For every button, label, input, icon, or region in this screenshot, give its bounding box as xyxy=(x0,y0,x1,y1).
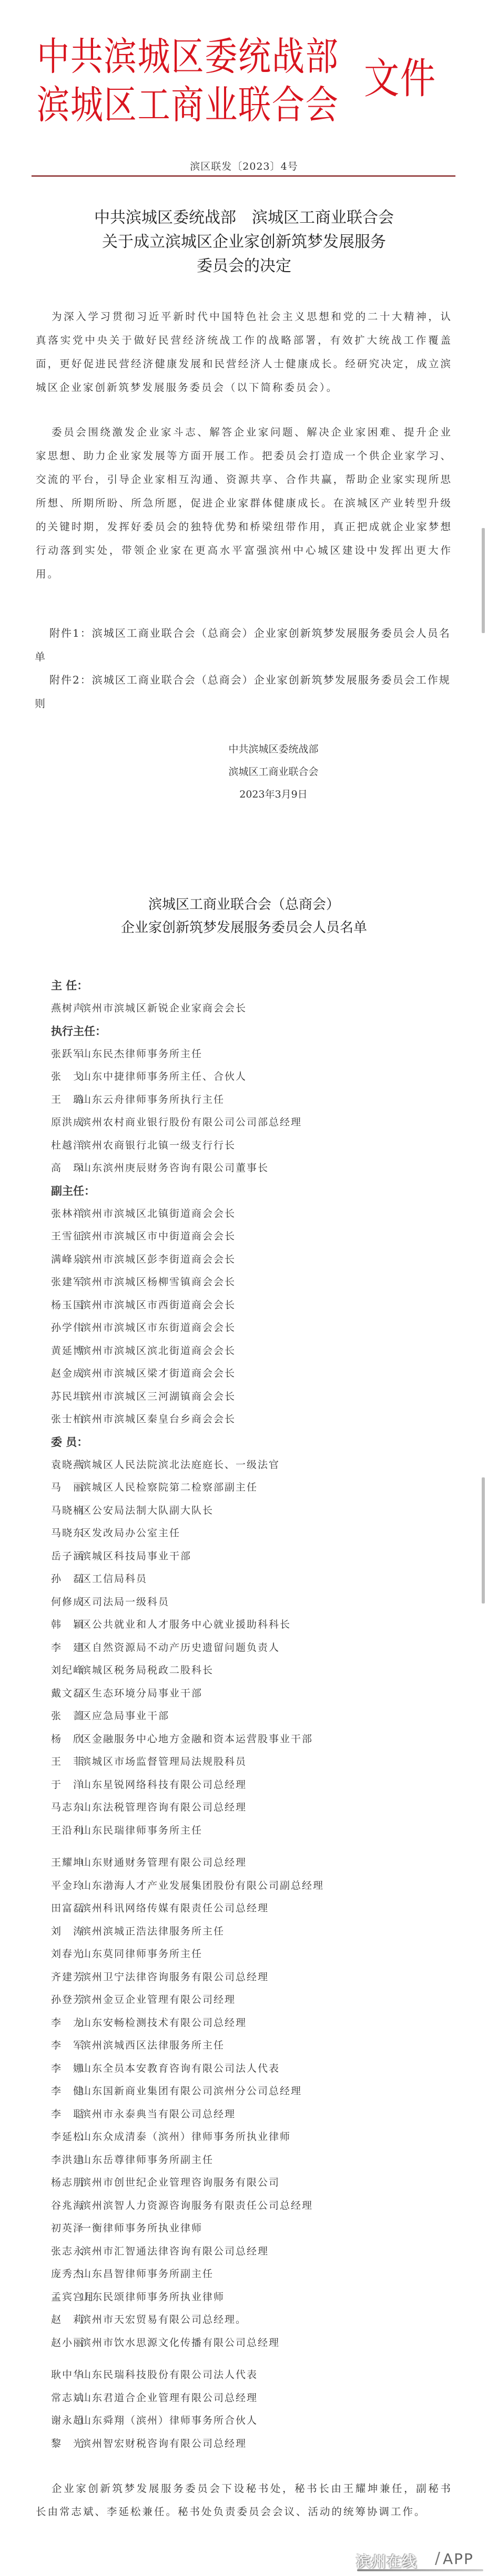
member-name: 张跃军 xyxy=(51,1043,81,1066)
member-position: 山东财通财务管理有限公司总经理 xyxy=(81,1851,247,1875)
member-row: 李延松山东众成清泰（滨州）律师事务所执业律师 xyxy=(51,2126,451,2149)
member-name: 李洪建 xyxy=(51,2149,81,2172)
member-position: 山东君道合企业管理有限公司总经理 xyxy=(81,2387,258,2410)
member-position: 滨州金豆企业管理有限公司经理 xyxy=(81,1989,236,2012)
member-row: 谢永超山东舜翔（滨州）律师事务所合伙人 xyxy=(51,2409,451,2433)
member-name: 张林祥 xyxy=(51,1203,81,1226)
issuing-org-2: 滨城区工商业联合会 xyxy=(37,81,339,129)
member-position: 滨州滨城正浩法律服务所主任 xyxy=(81,1920,225,1943)
member-row: 平金玲山东渤海人才产业发展集团股份有限公司副总经理 xyxy=(51,1875,451,1898)
member-position: 山东滨州庚辰财务咨询有限公司董事长 xyxy=(81,1157,269,1180)
member-row: 赵 莉滨州市天宏贸易有限公司总经理。 xyxy=(51,2309,451,2332)
member-row: 岳子涵滨城区科技局事业干部 xyxy=(51,1545,451,1568)
member-position: 山东国新商业集团有限公司滨州分公司总经理 xyxy=(81,2080,302,2103)
member-position: 山东云舟律师事务所执行主任 xyxy=(81,1089,225,1112)
member-position: 滨州卫宁法律咨询服务有限公司总经理 xyxy=(81,1966,269,1989)
member-name: 孙 磊 xyxy=(51,1568,81,1591)
member-row: 马志东山东法税管理咨询有限公司总经理 xyxy=(51,1796,451,1819)
app-watermark: 滨州在线 / APP xyxy=(356,2548,485,2572)
scrollbar-thumb-1[interactable] xyxy=(482,528,485,633)
member-name: 平金玲 xyxy=(51,1875,81,1898)
member-row: 刘春光山东莫同律师事务所主任 xyxy=(51,1943,451,1966)
member-row: 刘纪峰滨城区税务局税政二股科长 xyxy=(51,1659,451,1682)
member-name: 满峰泉 xyxy=(51,1248,81,1271)
member-name: 韩 颖 xyxy=(51,1613,81,1637)
member-position: 滨城区市场监督管理局法规股科员 xyxy=(81,1751,247,1774)
signature-org-1: 中共滨城区委统战部 xyxy=(158,738,389,761)
member-position: 区应急局事业干部 xyxy=(81,1705,169,1728)
member-name: 张志永 xyxy=(51,2240,81,2263)
member-position: 山东民颂律师事务所执业律师 xyxy=(81,2286,225,2309)
member-name: 杨玉国 xyxy=(51,1294,81,1317)
body-paragraph-1: 为深入学习贯彻习近平新时代中国特色社会主义思想和党的二十大精神，认真落实党中央关… xyxy=(36,305,452,399)
member-row: 庞秀杰山东昌智律师事务所副主任 xyxy=(51,2263,451,2286)
member-row: 李 健山东国新商业集团有限公司滨州分公司总经理 xyxy=(51,2080,451,2103)
roster-title-line-2: 企业家创新筑梦发展服务委员会人员名单 xyxy=(0,916,488,939)
member-name: 杨志朋 xyxy=(51,2171,81,2195)
member-row: 张 蔷区应急局事业干部 xyxy=(51,1705,451,1728)
member-name: 马志东 xyxy=(51,1796,81,1819)
member-position: 滨州市滨城区彭李街道商会会长 xyxy=(81,1248,236,1271)
member-row: 王雪征滨州市滨城区市中街道商会会长 xyxy=(51,1225,451,1248)
member-row: 杜越洋滨州农商银行北镇一级支行行长 xyxy=(51,1134,451,1157)
member-position: 滨州农商银行北镇一级支行行长 xyxy=(81,1134,236,1157)
member-position: 滨城区科技局事业干部 xyxy=(81,1545,191,1568)
member-name: 李 娜 xyxy=(51,2057,81,2081)
member-position: 滨州市创世纪企业管理咨询服务有限公司 xyxy=(81,2171,280,2195)
member-position: 滨州市滨城区新锐企业家商会会长 xyxy=(81,997,247,1020)
member-name: 李 聪 xyxy=(51,2103,81,2126)
watermark-slash: / xyxy=(435,2549,440,2568)
watermark-swoosh-icon xyxy=(357,2569,483,2571)
member-name: 刘春光 xyxy=(51,1943,81,1966)
member-row: 孙登芳滨州金豆企业管理有限公司经理 xyxy=(51,1989,451,2012)
member-name: 赵金成 xyxy=(51,1362,81,1385)
member-row: 齐建芳滨州卫宁法律咨询服务有限公司总经理 xyxy=(51,1966,451,1989)
member-name: 马晓东 xyxy=(51,1522,81,1545)
member-row: 黄延博滨州市滨城区滨北街道商会会长 xyxy=(51,1340,451,1363)
member-name: 齐建芳 xyxy=(51,1966,81,1989)
scrollbar[interactable] xyxy=(481,0,488,2576)
member-position: 区金融服务中心地方金融和资本运营股事业干部 xyxy=(81,1728,313,1751)
member-name: 张建军 xyxy=(51,1271,81,1294)
member-position: 滨州市滨城区市西街道商会会长 xyxy=(81,1294,236,1317)
scrollbar-thumb-2[interactable] xyxy=(482,1477,485,1603)
member-row: 孙 磊区工信局科员 xyxy=(51,1568,451,1591)
member-name: 王 菲 xyxy=(51,1751,81,1774)
member-position: 区司法局一级科员 xyxy=(81,1591,169,1614)
member-position: 滨州科讯网络传媒有限责任公司总经理 xyxy=(81,1897,269,1920)
member-name: 谷兆海 xyxy=(51,2195,81,2218)
member-name: 赵小丽 xyxy=(51,2332,81,2355)
attachment-2: 附件2：滨城区工商业联合会（总商会）企业家创新筑梦发展服务委员会工作规则 xyxy=(35,668,453,716)
issuing-orgs: 中共滨城区委统战部 滨城区工商业联合会 xyxy=(37,33,339,129)
signature-block: 中共滨城区委统战部 滨城区工商业联合会 2023年3月9日 xyxy=(158,738,389,806)
member-position: 山东众成清泰（滨州）律师事务所执业律师 xyxy=(81,2126,291,2149)
attachment-1: 附件1：滨城区工商业联合会（总商会）企业家创新筑梦发展服务委员会人员名单 xyxy=(35,622,453,669)
member-row: 杨志朋滨州市创世纪企业管理咨询服务有限公司 xyxy=(51,2171,451,2195)
member-row: 张志永滨州市汇智通法律咨询有限公司总经理 xyxy=(51,2240,451,2263)
member-position: 滨州市汇智通法律咨询有限公司总经理 xyxy=(81,2240,269,2263)
member-position: 一衡律师事务所执业律师 xyxy=(81,2217,202,2240)
member-name: 张 蔷 xyxy=(51,1705,81,1728)
member-position: 滨州市滨城区市中街道商会会长 xyxy=(81,1225,236,1248)
member-name: 赵 莉 xyxy=(51,2309,81,2332)
member-row: 王耀坤山东财通财务管理有限公司总经理 xyxy=(51,1851,451,1875)
member-position: 山东中捷律师事务所主任、合伙人 xyxy=(81,1065,247,1089)
member-row: 赵金成滨州市滨城区梁才街道商会会长 xyxy=(51,1362,451,1385)
member-name: 杜越洋 xyxy=(51,1134,81,1157)
member-row: 李洪建山东岳尊律师事务所副主任 xyxy=(51,2149,451,2172)
member-row: 戴文磊区生态环境分局事业干部 xyxy=(51,1682,451,1705)
member-row: 张林祥滨州市滨城区北镇街道商会会长 xyxy=(51,1203,451,1226)
roster-title: 滨城区工商业联合会（总商会） 企业家创新筑梦发展服务委员会人员名单 xyxy=(0,893,488,939)
member-name: 何修成 xyxy=(51,1591,81,1614)
member-row: 马晓东区发改局办公室主任 xyxy=(51,1522,451,1545)
member-position: 滨城区人民检察院第二检察部副主任 xyxy=(81,1476,258,1499)
member-position: 区公安局法制大队副大队长 xyxy=(81,1499,213,1523)
member-row: 苏民坦滨州市滨城区三河湖镇商会会长 xyxy=(51,1385,451,1409)
member-name: 孙登芳 xyxy=(51,1989,81,2012)
member-name: 田富磊 xyxy=(51,1897,81,1920)
member-position: 滨州市天宏贸易有限公司总经理。 xyxy=(81,2309,247,2332)
member-name: 王 璐 xyxy=(51,1089,81,1112)
member-name: 刘 涛 xyxy=(51,1920,81,1943)
red-header: 中共滨城区委统战部 滨城区工商业联合会 文件 xyxy=(37,33,447,122)
member-name: 高 琛 xyxy=(51,1157,81,1180)
member-name: 袁晓燕 xyxy=(51,1454,81,1477)
member-row: 袁晓燕滨城区人民法院滨北法庭庭长、一级法官 xyxy=(51,1454,451,1477)
member-name: 孟宾宫月 xyxy=(51,2286,81,2309)
member-name: 戴文磊 xyxy=(51,1682,81,1705)
document-page: 中共滨城区委统战部 滨城区工商业联合会 文件 滨区联发〔2023〕4号 中共滨城… xyxy=(0,0,488,2576)
member-row: 张士柏滨州市滨城区秦皇台乡商会会长 xyxy=(51,1408,451,1431)
member-name: 谢永超 xyxy=(51,2409,81,2433)
member-row: 黎 光滨州智宏财税咨询有限公司总经理 xyxy=(51,2433,451,2456)
roster-title-line-1: 滨城区工商业联合会（总商会） xyxy=(0,893,488,916)
member-position: 滨州市滨城区三河湖镇商会会长 xyxy=(81,1385,236,1409)
member-position: 区公共就业和人才服务中心就业援助科科长 xyxy=(81,1613,291,1637)
member-row: 张跃军山东民杰律师事务所主任 xyxy=(51,1043,451,1066)
member-name: 马晓楠 xyxy=(51,1499,81,1523)
member-position: 山东全员本安教育咨询有限公司法人代表 xyxy=(81,2057,280,2081)
member-position: 区发改局办公室主任 xyxy=(81,1522,180,1545)
heading-executive-directors: 执行主任： xyxy=(51,1020,451,1043)
member-name: 杨 欣 xyxy=(51,1728,81,1751)
member-row: 燕树声滨州市滨城区新锐企业家商会会长 xyxy=(51,997,451,1020)
member-position: 滨州市滨城区滨北街道商会会长 xyxy=(81,1340,236,1363)
member-row: 刘 涛滨州滨城正浩法律服务所主任 xyxy=(51,1920,451,1943)
member-name: 刘纪峰 xyxy=(51,1659,81,1682)
title-line-1: 中共滨城区委统战部 滨城区工商业联合会 xyxy=(0,206,488,230)
member-position: 滨城区人民法院滨北法庭庭长、一级法官 xyxy=(81,1454,280,1477)
issuing-org-1: 中共滨城区委统战部 xyxy=(37,33,339,81)
title-line-2: 关于成立滨城区企业家创新筑梦发展服务 xyxy=(0,230,488,254)
watermark-brand: 滨州在线 xyxy=(356,2550,417,2571)
body-paragraph-2: 委员会围绕激发企业家斗志、解答企业家问题、解决企业家困难、提升企业家思想、助力企… xyxy=(36,420,452,586)
member-position: 滨州农村商业银行股份有限公司公司部总经理 xyxy=(81,1111,302,1134)
member-position: 区自然资源局不动产历史遗留问题负责人 xyxy=(81,1637,280,1660)
member-position: 滨州市滨城区杨柳雪镇商会会长 xyxy=(81,1271,236,1294)
member-position: 山东民瑞律师事务所主任 xyxy=(81,1819,202,1843)
member-position: 区生态环境分局事业干部 xyxy=(81,1682,202,1705)
member-row: 田富磊滨州科讯网络传媒有限责任公司总经理 xyxy=(51,1897,451,1920)
heading-members: 委 员： xyxy=(51,1431,451,1454)
member-name: 耿中华 xyxy=(51,2364,81,2387)
member-row: 于 洋山东星锐网络科技有限公司总经理 xyxy=(51,1774,451,1797)
decision-title: 中共滨城区委统战部 滨城区工商业联合会 关于成立滨城区企业家创新筑梦发展服务 委… xyxy=(0,206,488,278)
member-name: 王雪征 xyxy=(51,1225,81,1248)
member-position: 山东法税管理咨询有限公司总经理 xyxy=(81,1796,247,1819)
member-row: 马晓楠区公安局法制大队副大队长 xyxy=(51,1499,451,1523)
member-position: 山东民杰律师事务所主任 xyxy=(81,1043,202,1066)
member-position: 滨州市滨城区梁才街道商会会长 xyxy=(81,1362,236,1385)
member-row: 孙学伟滨州市滨城区市东街道商会会长 xyxy=(51,1317,451,1340)
signature-org-2: 滨城区工商业联合会 xyxy=(158,761,389,783)
member-row: 杨 欣区金融服务中心地方金融和资本运营股事业干部 xyxy=(51,1728,451,1751)
member-row: 初英泽一衡律师事务所执业律师 xyxy=(51,2217,451,2240)
member-row: 原洪成滨州农村商业银行股份有限公司公司部总经理 xyxy=(51,1111,451,1134)
member-row: 满峰泉滨州市滨城区彭李街道商会会长 xyxy=(51,1248,451,1271)
member-row: 耿中华山东民瑞科技股份有限公司法人代表 xyxy=(51,2364,451,2387)
member-row: 常志斌山东君道合企业管理有限公司总经理 xyxy=(51,2387,451,2410)
member-position: 滨州市滨城区秦皇台乡商会会长 xyxy=(81,1408,236,1431)
member-position: 滨州市饮水思源文化传播有限公司总经理 xyxy=(81,2332,280,2355)
member-name: 常志斌 xyxy=(51,2387,81,2410)
member-position: 滨城区税务局税政二股科长 xyxy=(81,1659,213,1682)
member-row: 李 建区自然资源局不动产历史遗留问题负责人 xyxy=(51,1637,451,1660)
member-row: 何修成区司法局一级科员 xyxy=(51,1591,451,1614)
member-row: 张 戈山东中捷律师事务所主任、合伙人 xyxy=(51,1065,451,1089)
member-name: 李 健 xyxy=(51,2080,81,2103)
member-name: 孙学伟 xyxy=(51,1317,81,1340)
member-name: 王耀坤 xyxy=(51,1851,81,1875)
member-position: 区工信局科员 xyxy=(81,1568,147,1591)
member-position: 滨州智宏财税咨询有限公司总经理 xyxy=(81,2433,247,2456)
signature-date: 2023年3月9日 xyxy=(158,783,389,806)
member-name: 张士柏 xyxy=(51,1408,81,1431)
member-name: 庞秀杰 xyxy=(51,2263,81,2286)
member-name: 李 建 xyxy=(51,1637,81,1660)
member-name: 黎 光 xyxy=(51,2433,81,2456)
member-row: 李 军滨州滨城西区法律服务所主任 xyxy=(51,2034,451,2057)
document-type-label: 文件 xyxy=(364,55,436,103)
member-row: 杨玉国滨州市滨城区市西街道商会会长 xyxy=(51,1294,451,1317)
document-number: 滨区联发〔2023〕4号 xyxy=(0,159,488,173)
member-position: 滨州滨智人力资源咨询服务有限责任公司总经理 xyxy=(81,2195,313,2218)
title-line-3: 委员会的决定 xyxy=(0,254,488,278)
member-name: 岳子涵 xyxy=(51,1545,81,1568)
member-position: 滨州市滨城区北镇街道商会会长 xyxy=(81,1203,236,1226)
member-position: 山东渤海人才产业发展集团股份有限公司副总经理 xyxy=(81,1875,324,1898)
member-position: 滨州市滨城区市东街道商会会长 xyxy=(81,1317,236,1340)
member-name: 黄延博 xyxy=(51,1340,81,1363)
member-row: 赵小丽滨州市饮水思源文化传播有限公司总经理 xyxy=(51,2332,451,2355)
member-row: 谷兆海滨州滨智人力资源咨询服务有限责任公司总经理 xyxy=(51,2195,451,2218)
heading-director: 主 任： xyxy=(51,975,451,997)
roster-list: 主 任： 燕树声滨州市滨城区新锐企业家商会会长 执行主任： 张跃军山东民杰律师事… xyxy=(51,975,451,2455)
watermark-app: APP xyxy=(443,2550,474,2568)
member-name: 马 丽 xyxy=(51,1476,81,1499)
member-position: 山东安畅检测技术有限公司总经理 xyxy=(81,2012,247,2035)
member-row: 孟宾宫月山东民颂律师事务所执业律师 xyxy=(51,2286,451,2309)
spacer xyxy=(51,1842,451,1851)
member-name: 李延松 xyxy=(51,2126,81,2149)
red-divider xyxy=(32,175,455,177)
member-name: 于 洋 xyxy=(51,1774,81,1797)
member-name: 张 戈 xyxy=(51,1065,81,1089)
member-position: 山东民瑞科技股份有限公司法人代表 xyxy=(81,2364,258,2387)
member-row: 张建军滨州市滨城区杨柳雪镇商会会长 xyxy=(51,1271,451,1294)
member-name: 苏民坦 xyxy=(51,1385,81,1409)
spacer xyxy=(51,2354,451,2364)
member-position: 山东岳尊律师事务所副主任 xyxy=(81,2149,213,2172)
member-row: 王 璐山东云舟律师事务所执行主任 xyxy=(51,1089,451,1112)
member-row: 王沿利山东民瑞律师事务所主任 xyxy=(51,1819,451,1843)
heading-deputy-directors: 副主任： xyxy=(51,1180,451,1203)
member-row: 马 丽滨城区人民检察院第二检察部副主任 xyxy=(51,1476,451,1499)
member-position: 山东昌智律师事务所副主任 xyxy=(81,2263,213,2286)
member-row: 韩 颖区公共就业和人才服务中心就业援助科科长 xyxy=(51,1613,451,1637)
member-name: 李 军 xyxy=(51,2034,81,2057)
member-position: 滨州市永泰典当有限公司总经理 xyxy=(81,2103,236,2126)
member-row: 李 娜山东全员本安教育咨询有限公司法人代表 xyxy=(51,2057,451,2081)
secretariat-paragraph: 企业家创新筑梦发展服务委员会下设秘书处，秘书长由王耀坤兼任，副秘书长由常志斌、李… xyxy=(36,2477,452,2523)
member-row: 高 琛山东滨州庚辰财务咨询有限公司董事长 xyxy=(51,1157,451,1180)
member-name: 原洪成 xyxy=(51,1111,81,1134)
member-position: 山东舜翔（滨州）律师事务所合伙人 xyxy=(81,2409,258,2433)
member-name: 李 龙 xyxy=(51,2012,81,2035)
member-row: 李 龙山东安畅检测技术有限公司总经理 xyxy=(51,2012,451,2035)
member-position: 山东星锐网络科技有限公司总经理 xyxy=(81,1774,247,1797)
member-position: 山东莫同律师事务所主任 xyxy=(81,1943,202,1966)
member-name: 燕树声 xyxy=(51,997,81,1020)
member-name: 初英泽 xyxy=(51,2217,81,2240)
member-position: 滨州滨城西区法律服务所主任 xyxy=(81,2034,225,2057)
member-row: 李 聪滨州市永泰典当有限公司总经理 xyxy=(51,2103,451,2126)
member-name: 王沿利 xyxy=(51,1819,81,1843)
member-row: 王 菲滨城区市场监督管理局法规股科员 xyxy=(51,1751,451,1774)
